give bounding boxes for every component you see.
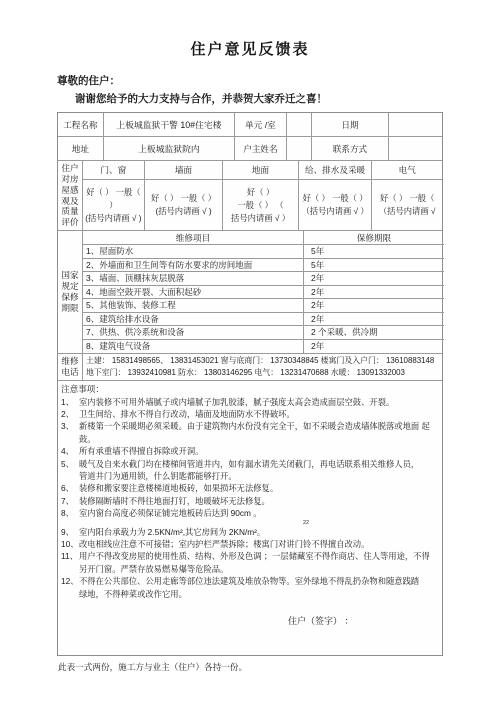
- evaluation-section: 住户 对房 屋感 观及 质量 评价 门、窗 好（ ） 一般（ ） (括号内请画 …: [58, 161, 442, 231]
- warranty-row-1: 1、屋面防水 5年: [83, 245, 444, 259]
- note-text: 改电相线应注意不可接错；室内护栏严禁拆除；楼寓门对讲门铃不得擅自改动。: [79, 538, 369, 550]
- warranty-item-name: 4、地面空鼓开裂、大面积起砂: [83, 286, 304, 299]
- rating-options: 好（ ） 一般（ ）: [85, 186, 142, 212]
- warranty-item-period: 2年: [304, 286, 444, 299]
- warranty-header-row: 维修项目 保修期限: [83, 231, 444, 245]
- note-text: 室内装修不可用外墙腻子或内墙腻子加乳胶漆，腻子强度太高会造成面层空鼓、开裂。: [79, 396, 394, 408]
- warranty-item-name: 1、屋面防水: [83, 245, 304, 258]
- note-item-10: 10、 改电相线应注意不可接错；室内护栏严禁拆除；楼寓门对讲门铃不得擅自改动。: [60, 538, 438, 550]
- warranty-item-name: 6、建筑给排水设备: [83, 313, 304, 326]
- notes-section: 注意事项： 1、 室内装修不可用外墙腻子或内墙腻子加乳胶漆，腻子强度太高会造成面…: [58, 381, 442, 627]
- warranty-row-4: 4、地面空鼓开裂、大面积起砂 2年: [83, 286, 444, 300]
- note-text: 室内阳台承载力为 2.5KN/m²,其它房间为 2KN/m²。: [79, 526, 265, 538]
- note-item-3: 3、 新楼第一个采暖期必须采暖。由于建筑物内水份没有完全干，如不采暖会造成墙体脱…: [60, 420, 438, 445]
- note-text: 装修和搬家要注意楼梯道地板砖，如果损坏无法修复。: [79, 482, 278, 494]
- note-number: 6、: [60, 482, 79, 494]
- rating-note: （括号内请画 √ ）: [301, 205, 368, 218]
- project-name-label: 工程名称: [58, 113, 104, 136]
- note-number: 2、: [60, 408, 79, 420]
- warranty-row-6: 6、建筑给排水设备 2年: [83, 313, 444, 327]
- warranty-item-name: 8、建筑电气设备: [83, 340, 304, 354]
- note-item-9: 9、 室内阳台承载力为 2.5KN/m²,其它房间为 2KN/m²。: [60, 526, 438, 538]
- warranty-item-name: 2、外墙面和卫生间等有防水要求的房间地面: [83, 259, 304, 272]
- note-text: 卫生间给、排水不得自行改动，墙面及地面防水不得破坏。: [79, 408, 295, 420]
- note-text: 装修隔断墙时不得往地面打钉，地暖破坏无法修复。: [79, 495, 270, 507]
- note-number: 9、: [60, 526, 79, 538]
- note-item-7: 7、 装修隔断墙时不得往地面打钉，地暖破坏无法修复。: [60, 495, 438, 507]
- note-item-12: 12、 不得在公共部位、公用走廊等部位违法建筑及堆放杂物等。室外绿地不得乱扔杂物…: [60, 575, 438, 600]
- rating-note: (括号内请画 √ ): [85, 212, 141, 225]
- note-text: 用户不得改变房屋的使用性质、结构、外形及色调 ；一层储藏室不得作商店、住人等用途…: [79, 550, 430, 575]
- owner-name-label: 户主姓名: [235, 137, 287, 160]
- repair-phone-line-2: 地下室门： 13932410981 防水： 13803146295 电气： 13…: [86, 367, 442, 379]
- unit-room-label: 单元 /室: [235, 113, 287, 136]
- footer-note: 此表一式两份，施工方与业主（住户）各持一份。: [58, 661, 443, 673]
- warranty-item-period: 2年: [304, 313, 444, 326]
- electrical-rating: 好（ ） 一般（ （括号内请画 √: [372, 180, 442, 230]
- rating-options: 好（ ） 一般（: [380, 192, 434, 205]
- note-number: 1、: [60, 396, 79, 408]
- address-label: 地址: [58, 137, 104, 160]
- warranty-side-label: 国家 规定 保修 期限: [58, 231, 83, 353]
- walls-header: 墙面: [145, 161, 222, 180]
- note-text: 室内窗台高度必须保证铺完地板砖后达到 90cm 。: [79, 507, 262, 519]
- warranty-item-period: 5年: [304, 259, 444, 272]
- note-text: 不得在公共部位、公用走廊等部位违法建筑及堆放杂物等。室外绿地不得乱扔杂物和随意践…: [79, 575, 419, 600]
- rating-note: （括号内请画 √: [379, 205, 436, 218]
- warranty-row-2: 2、外墙面和卫生间等有防水要求的房间地面 5年: [83, 259, 444, 273]
- rating-options: 好（ ） 一般（ ）: [303, 192, 368, 205]
- electrical-header: 电气: [372, 161, 442, 180]
- warranty-period-header: 保修期限: [304, 231, 444, 244]
- document-page: 住户意见反馈表 尊敬的住户： 谢谢您给予的大力支持与合作，并恭贺大家乔迁之喜！ …: [57, 38, 443, 673]
- note-item-1: 1、 室内装修不可用外墙腻子或内墙腻子加乳胶漆，腻子强度太高会造成面层空鼓、开裂…: [60, 396, 438, 408]
- warranty-item-period: 2年: [304, 340, 444, 354]
- evaluation-col-floor: 地面 好（ ） 一般（ ） （ 括号内请画 √ ）: [223, 161, 299, 230]
- info-row-project: 工程名称 上板城监狱干警 10#住宅楼 单元 /室 日期: [58, 113, 442, 137]
- note-item-5: 5、 暖气及自来水截门均在楼梯间管道井内，如有漏水请先关闭截门，再电话联系相关维…: [60, 458, 438, 483]
- warranty-item-name: 5、其他装饰、装修工程: [83, 299, 304, 312]
- date-label: 日期: [312, 113, 390, 136]
- rating-note: (括号内请画 √ ): [155, 205, 211, 218]
- note-text: 暖气及自来水截门均在楼梯间管道井内，如有漏水请先关闭截门，再电话联系相关维修人员…: [79, 458, 419, 483]
- repair-item-header: 维修项目: [83, 231, 304, 244]
- greeting-message: 谢谢您给予的大力支持与合作，并恭贺大家乔迁之喜！: [75, 91, 443, 106]
- note-number: 4、: [60, 445, 79, 457]
- note-item-4: 4、 所有承重墙不得擅自拆除或开洞。: [60, 445, 438, 457]
- note-item-2: 2、 卫生间给、排水不得自行改动，墙面及地面防水不得破坏。: [60, 408, 438, 420]
- doors-windows-header: 门、窗: [83, 161, 144, 180]
- note-text: 新楼第一个采暖期必须采暖。由于建筑物内水份没有完全干，如不采暖会造成墙体脱落或地…: [79, 420, 438, 445]
- note-number: 5、: [60, 458, 79, 483]
- contact-label: 联系方式: [312, 137, 390, 160]
- evaluation-side-label: 住户 对房 屋感 观及 质量 评价: [58, 161, 83, 230]
- warranty-row-3: 3、墙面、顶棚抹灰层脱落 2年: [83, 272, 444, 286]
- project-name-value: 上板城监狱干警 10#住宅楼: [104, 113, 235, 136]
- walls-rating: 好（ ） 一般（ ） (括号内请画 √ ): [145, 180, 222, 230]
- repair-phone-line-1: 土建： 15831498565、 13831453021 窗与底商门： 1373…: [86, 355, 442, 367]
- doors-windows-rating: 好（ ） 一般（ ） (括号内请画 √ ): [83, 180, 144, 230]
- owner-name-value: [287, 137, 312, 160]
- repair-phones-section: 维修 电话 土建： 15831498565、 13831453021 窗与底商门…: [58, 354, 442, 381]
- note-item-6: 6、 装修和搬家要注意楼梯道地板砖，如果损坏无法修复。: [60, 482, 438, 494]
- note-number: 3、: [60, 420, 79, 445]
- address-value: 上板城监狱院内: [104, 137, 235, 160]
- plumbing-heating-header: 给、排水及采暖: [299, 161, 372, 180]
- note-number: 7、: [60, 495, 79, 507]
- repair-phones-side-label: 维修 电话: [58, 354, 83, 380]
- evaluation-col-doors-windows: 门、窗 好（ ） 一般（ ） (括号内请画 √ ): [83, 161, 145, 230]
- feedback-form-table: 工程名称 上板城监狱干警 10#住宅楼 单元 /室 日期 地址 上板城监狱院内 …: [57, 112, 443, 656]
- warranty-row-7: 7、供热、供冷系统和设备 2 个采暖、供冷期: [83, 326, 444, 340]
- page-title: 住户意见反馈表: [57, 38, 443, 59]
- evaluation-col-walls: 墙面 好（ ） 一般（ ） (括号内请画 √ ): [145, 161, 223, 230]
- note-number: 11、: [60, 550, 79, 575]
- warranty-item-period: 2 个采暖、供冷期: [304, 326, 444, 339]
- floor-header: 地面: [223, 161, 298, 180]
- note-item-11: 11、 用户不得改变房屋的使用性质、结构、外形及色调 ；一层储藏室不得作商店、住…: [60, 550, 438, 575]
- warranty-item-period: 2年: [304, 299, 444, 312]
- rating-options: 好（ ） 一般（ ） （: [237, 186, 283, 212]
- note-number: 10、: [60, 538, 79, 550]
- note-number: 8、: [60, 507, 79, 519]
- note-item-8: 8、 室内窗台高度必须保证铺完地板砖后达到 90cm 。: [60, 507, 438, 519]
- notes-heading: 注意事项：: [61, 383, 438, 396]
- warranty-row-8: 8、建筑电气设备 2年: [83, 340, 444, 354]
- warranty-section: 国家 规定 保修 期限 维修项目 保修期限 1、屋面防水 5年 2、外墙面和卫生…: [58, 231, 442, 354]
- resident-signature-label: 住户（签字） ：: [288, 614, 438, 627]
- evaluation-col-plumbing-heating: 给、排水及采暖 好（ ） 一般（ ） （括号内请画 √ ）: [299, 161, 373, 230]
- greeting-salutation: 尊敬的住户：: [57, 73, 443, 88]
- floor-rating: 好（ ） 一般（ ） （ 括号内请画 √ ）: [223, 180, 298, 230]
- warranty-item-name: 3、墙面、顶棚抹灰层脱落: [83, 272, 304, 285]
- contact-value: [389, 137, 442, 160]
- note-text: 所有承重墙不得擅自拆除或开洞。: [79, 445, 203, 457]
- rating-note: 括号内请画 √ ）: [231, 212, 290, 225]
- info-row-address: 地址 上板城监狱院内 户主姓名 联系方式: [58, 137, 442, 161]
- warranty-item-period: 5年: [304, 245, 444, 258]
- warranty-item-period: 2年: [304, 272, 444, 285]
- plumbing-heating-rating: 好（ ） 一般（ ） （括号内请画 √ ）: [299, 180, 372, 230]
- note-number: 12、: [60, 575, 79, 600]
- evaluation-col-electrical: 电气 好（ ） 一般（ （括号内请画 √: [372, 161, 442, 230]
- unit-room-value: [287, 113, 312, 136]
- date-value: [389, 113, 442, 136]
- warranty-item-name: 7、供热、供冷系统和设备: [83, 326, 304, 339]
- rating-options: 好（ ） 一般（ ）: [151, 192, 216, 205]
- warranty-row-5: 5、其他装饰、装修工程 2年: [83, 299, 444, 313]
